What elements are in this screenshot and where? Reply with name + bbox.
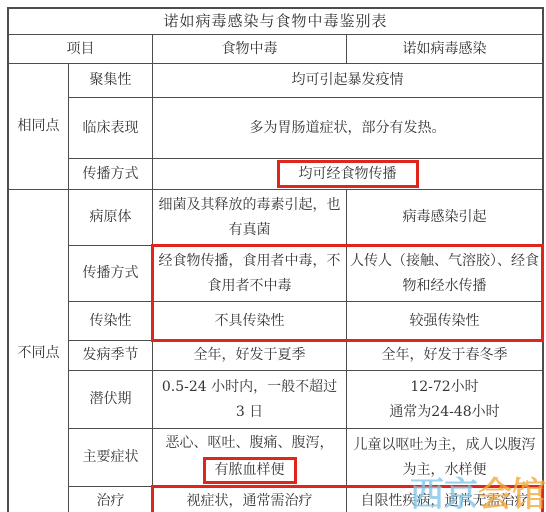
row-label-transmission-same: 传播方式 xyxy=(69,159,152,189)
cell-symptoms-noro: 儿童以呕吐为主，成人以腹泻为主，水样便 xyxy=(347,429,542,486)
cell-treatment-noro: 自限性疾病，通常无需治疗 xyxy=(347,487,542,512)
row-label-pathogen: 病原体 xyxy=(69,190,152,245)
group-label-similarities: 相同点 xyxy=(9,64,68,189)
highlight-box-pus-blood-stool: 有脓血样便 xyxy=(203,457,297,484)
cell-treatment-food: 视症状，通常需治疗 xyxy=(153,487,346,512)
cell-symptoms-food: 恶心、呕吐、腹痛、腹泻， 有脓血样便 xyxy=(153,429,346,486)
table-title: 诺如病毒感染与食物中毒鉴别表 xyxy=(9,9,542,34)
cell-pathogen-noro: 病毒感染引起 xyxy=(347,190,542,245)
header-food-poisoning: 食物中毒 xyxy=(153,35,346,63)
comparison-table: 诺如病毒感染与食物中毒鉴别表 项目 食物中毒 诺如病毒感染 相同点 聚集性 均可… xyxy=(7,7,544,512)
row-label-clustering: 聚集性 xyxy=(69,64,152,97)
cell-transmission-food: 经食物传播，食用者中毒，不食用者不中毒 xyxy=(153,246,346,301)
cell-season-food: 全年，好发于夏季 xyxy=(153,341,346,370)
cell-clustering-value: 均可引起暴发疫情 xyxy=(153,64,542,97)
incubation-noro-line1: 12-72小时 xyxy=(410,375,478,400)
header-item: 项目 xyxy=(9,35,152,63)
header-norovirus: 诺如病毒感染 xyxy=(347,35,542,63)
cell-infectivity-food: 不具传染性 xyxy=(153,302,346,340)
incubation-noro-line2: 通常为24-48小时 xyxy=(389,400,499,425)
row-label-treatment: 治疗 xyxy=(69,487,152,512)
row-label-incubation: 潜伏期 xyxy=(69,371,152,428)
group-label-differences: 不同点 xyxy=(9,190,68,512)
cell-transmission-same-value: 均可经食物传播 xyxy=(153,159,542,189)
row-label-symptoms: 主要症状 xyxy=(69,429,152,486)
cell-incubation-food: 0.5-24 小时内，一般不超过 3 日 xyxy=(153,371,346,428)
row-label-infectivity: 传染性 xyxy=(69,302,152,340)
row-label-season: 发病季节 xyxy=(69,341,152,370)
row-label-transmission-diff: 传播方式 xyxy=(69,246,152,301)
symptoms-food-intro: 恶心、呕吐、腹痛、腹泻， xyxy=(166,431,334,456)
cell-incubation-noro: 12-72小时 通常为24-48小时 xyxy=(347,371,542,428)
row-label-clinical: 临床表现 xyxy=(69,98,152,158)
cell-clinical-value: 多为胃肠道症状，部分有发热。 xyxy=(153,98,542,158)
cell-transmission-noro: 人传人（接触、气溶胶）、经食物和经水传播 xyxy=(347,246,542,301)
highlight-box-food-transmission: 均可经食物传播 xyxy=(277,160,419,188)
cell-season-noro: 全年，好发于春冬季 xyxy=(347,341,542,370)
cell-pathogen-food: 细菌及其释放的毒素引起，也有真菌 xyxy=(153,190,346,245)
cell-infectivity-noro: 较强传染性 xyxy=(347,302,542,340)
